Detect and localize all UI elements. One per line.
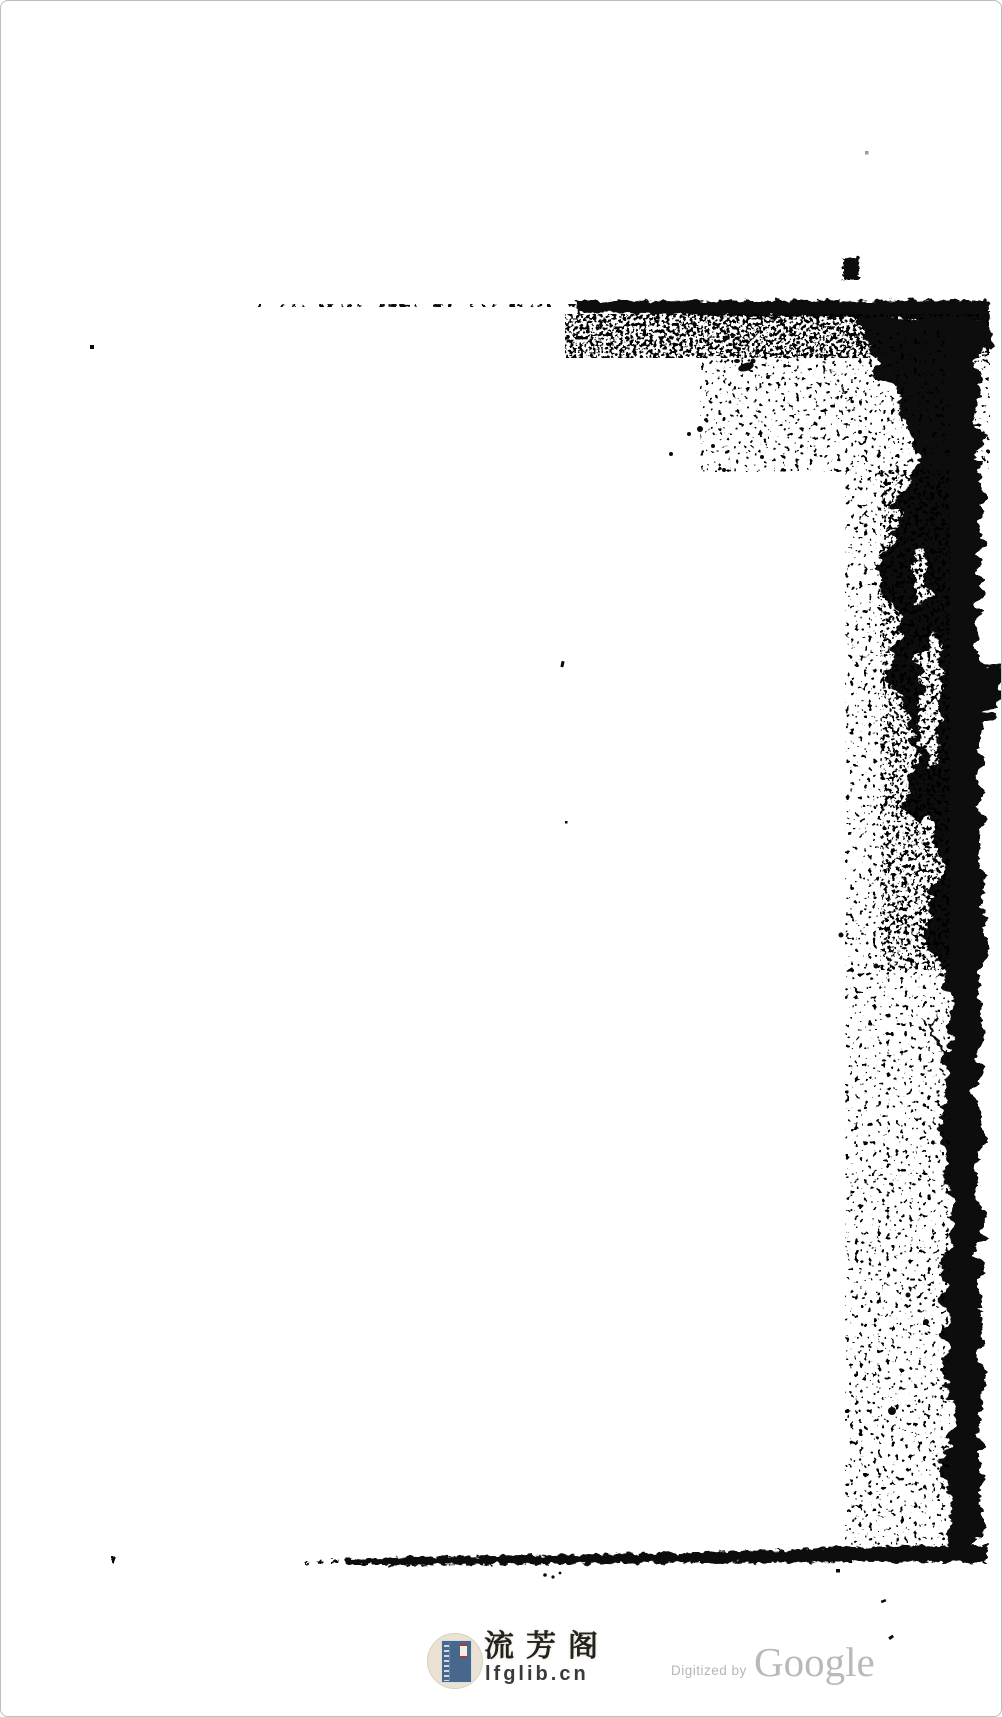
footer-watermark-bar: 流芳阁 lfglib.cn Digitized by Google [0, 1630, 1002, 1700]
digitized-by-label: Digitized by [671, 1663, 747, 1678]
book-title-label [460, 1644, 467, 1658]
watermark-site-domain: lfglib.cn [485, 1663, 589, 1685]
ink-border-frame [0, 0, 1002, 1717]
watermark-site-name: 流芳阁 [484, 1630, 610, 1664]
book-icon [441, 1640, 472, 1683]
lfglib-watermark-badge [427, 1633, 483, 1689]
google-logo: Google [754, 1640, 875, 1685]
scanned-page: 流芳阁 lfglib.cn Digitized by Google [0, 0, 1002, 1717]
book-stitch-decoration [444, 1642, 450, 1681]
digitizer-credit: Digitized by Google [640, 1640, 940, 1695]
